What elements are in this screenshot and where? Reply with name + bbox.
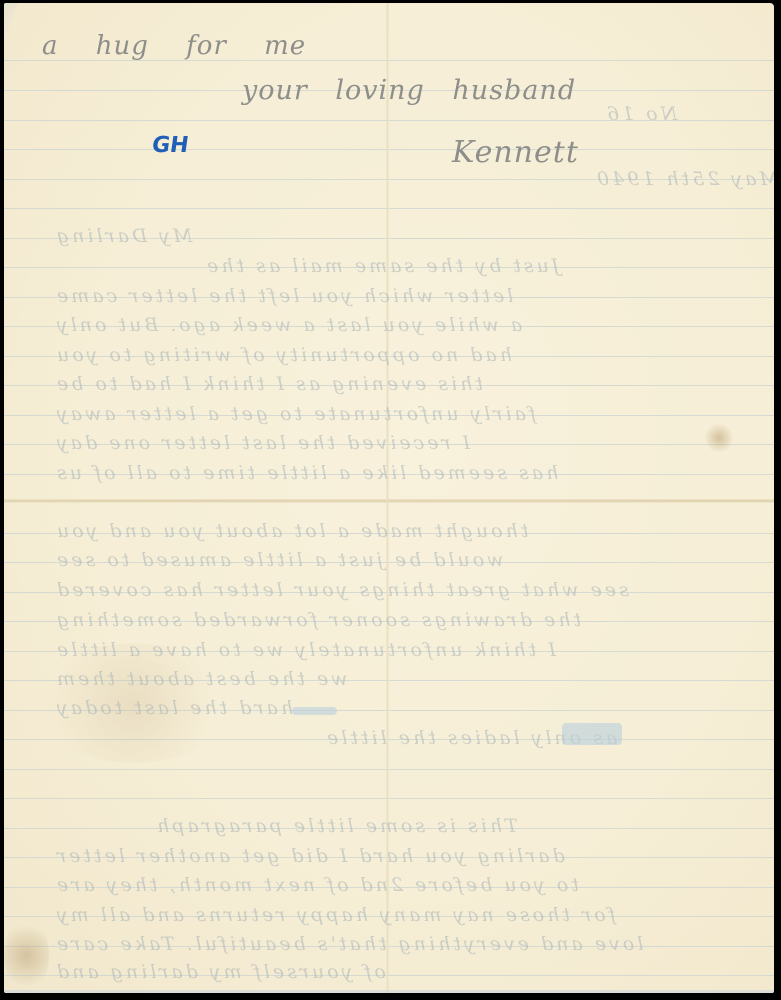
paper-bottom-edge	[4, 990, 774, 993]
horizontal-fold-crease	[4, 499, 774, 503]
signature-kennett: Kennett	[452, 135, 579, 170]
folded-corner	[4, 3, 18, 43]
ghost-line: darling you hard I did get another lette…	[54, 845, 565, 867]
letter-page: No 16 May 25th 1940 My Darling Just by t…	[4, 3, 774, 993]
ghost-line: Just by the same mail as the	[204, 255, 560, 277]
ruled-line	[4, 769, 774, 770]
ink-smudge	[562, 723, 622, 745]
ghost-line: fairly unfortunate to get a letter away	[54, 403, 536, 425]
ghost-header-date: May 25th 1940	[594, 168, 774, 190]
ghost-line: My Darling	[54, 225, 192, 247]
ghost-line: love and everything that's beautiful. Ta…	[54, 933, 643, 955]
stain	[4, 918, 49, 993]
closing-line-hug: a hug for me	[42, 31, 306, 61]
ghost-line: I think unfortunately we to have a littl…	[54, 639, 556, 661]
ghost-line: we the best about them	[54, 668, 348, 690]
ruled-line	[4, 208, 774, 209]
ghost-header-no: No 16	[604, 103, 677, 125]
ghost-line: would be just a little amused to see	[54, 549, 504, 571]
ghost-line: the drawings sooner forwarded something	[54, 609, 581, 631]
ghost-line: had no opportunity of writing to you	[54, 344, 512, 366]
stain	[704, 423, 734, 453]
ghost-line: letter which you left the letter came	[54, 285, 513, 307]
ghost-line: hard the last today	[54, 697, 293, 719]
ruled-line	[4, 149, 774, 150]
ghost-line: This is some little paragraph	[154, 815, 518, 837]
ghost-line: thought made a lot about you and you	[54, 520, 528, 542]
ghost-line: for those nay many happy returns and all…	[54, 904, 616, 926]
ghost-line: a while you last a week ago. But only	[54, 314, 522, 336]
closing-line-loving-husband: your loving husband	[242, 75, 576, 106]
ghost-line: this evening as I think I had to be	[54, 373, 483, 395]
ghost-line: see what great things your letter has co…	[54, 579, 629, 601]
ghost-line: has seemed like a little time to all of …	[54, 462, 558, 484]
ghost-line: to you before 2nd of next month, they ar…	[54, 874, 579, 896]
ruled-line	[4, 798, 774, 799]
ink-smudge	[292, 707, 337, 715]
blue-archive-mark: GH	[150, 133, 190, 158]
ghost-line: I received the last letter one day	[54, 432, 470, 454]
ghost-line: of yourself my darling and	[54, 961, 386, 983]
